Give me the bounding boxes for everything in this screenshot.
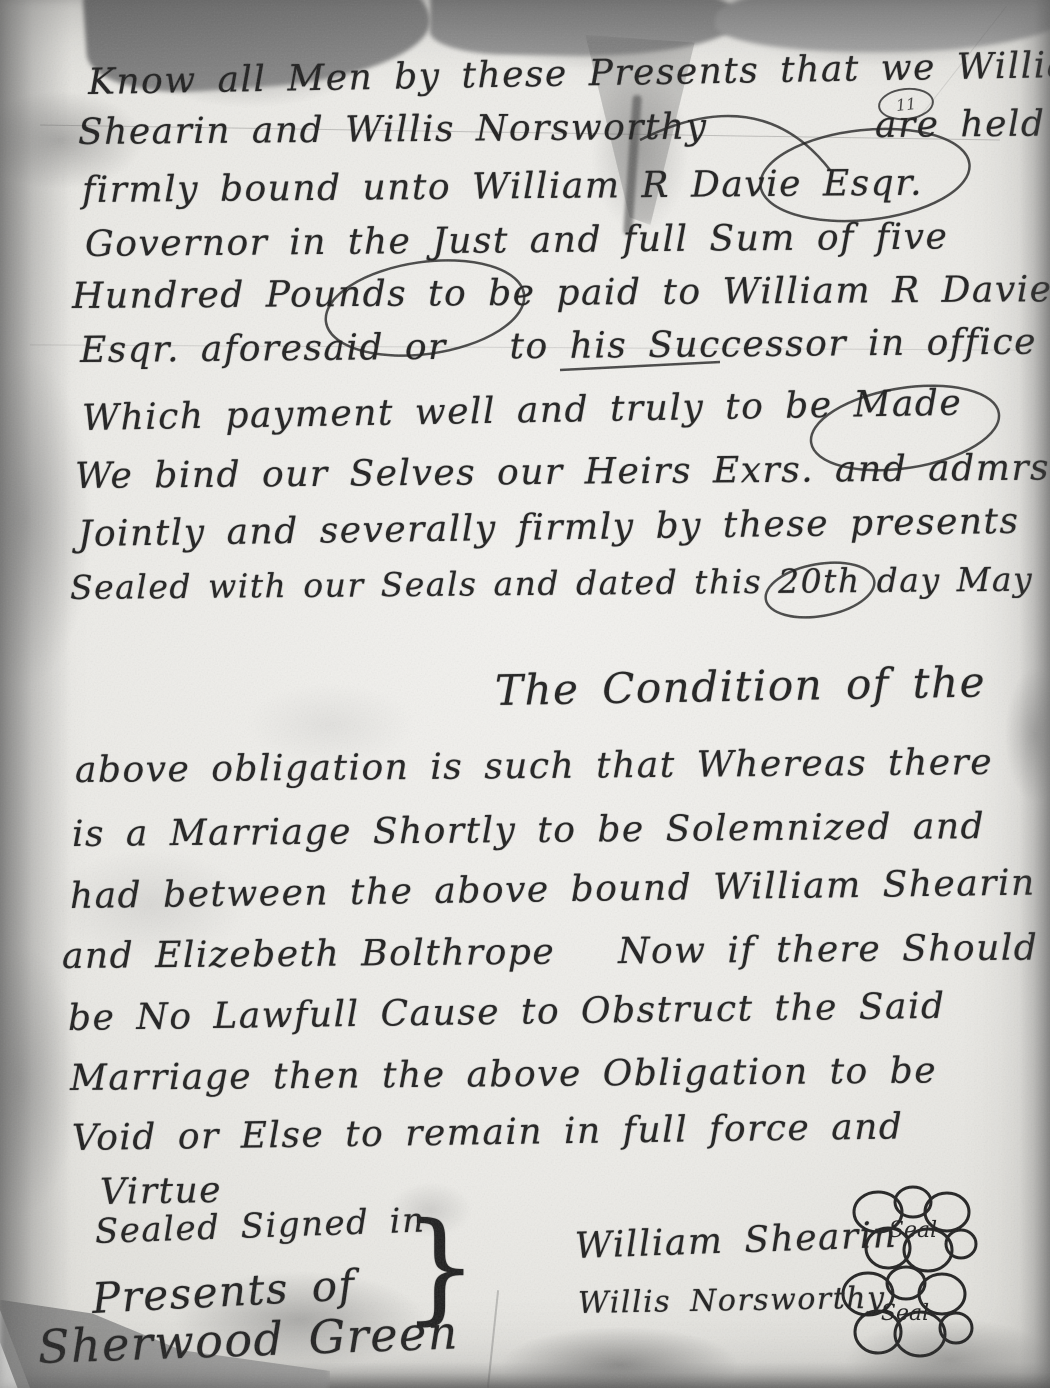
manuscript-line: Marriage then the above Obligation to be — [70, 1050, 937, 1099]
manuscript-line: Governor in the Just and full Sum of fiv… — [85, 216, 949, 265]
manuscript-line: be No Lawfull Cause to Obstruct the Said — [68, 986, 946, 1039]
manuscript-line: Hundred Pounds to be paid to William R D… — [72, 269, 1050, 317]
manuscript-line: and Elizebeth Bolthrope Now if there Sho… — [62, 927, 1039, 977]
seal-label: Seal — [889, 1218, 937, 1243]
manuscript-line: Sealed with our Seals and dated this 20t… — [70, 559, 1050, 607]
attestation-brace: } — [402, 1198, 478, 1337]
seal-label: Seal — [881, 1301, 929, 1326]
manuscript-line: Esqr. aforesaid or to his Successor in o… — [80, 321, 1050, 371]
condition-heading: The Condition of the — [495, 657, 987, 715]
seal-scribble: Seal — [830, 1262, 980, 1366]
manuscript-line: Shearin and Willis Norsworthy are held a… — [78, 103, 1050, 153]
manuscript-line: is a Marriage Shortly to be Solemnized a… — [72, 806, 985, 855]
manuscript-text: 11 Know all Men by these Presents that w… — [0, 0, 1050, 1388]
manuscript-line: Which payment well and truly to be Made — [82, 383, 963, 439]
manuscript-line: Jointly and severally firmly by these pr… — [78, 501, 1020, 555]
manuscript-line: above obligation is such that Whereas th… — [75, 742, 993, 791]
document-scan: 11 Know all Men by these Presents that w… — [0, 0, 1050, 1388]
manuscript-line: Void or Else to remain in full force and — [72, 1106, 904, 1159]
manuscript-line: We bind our Selves our Heirs Exrs. and a… — [75, 447, 1050, 497]
manuscript-line: Virtue — [100, 1170, 223, 1213]
manuscript-line: had between the above bound William Shea… — [70, 863, 1036, 917]
manuscript-line: firmly bound unto William R Davie Esqr. — [82, 163, 923, 211]
